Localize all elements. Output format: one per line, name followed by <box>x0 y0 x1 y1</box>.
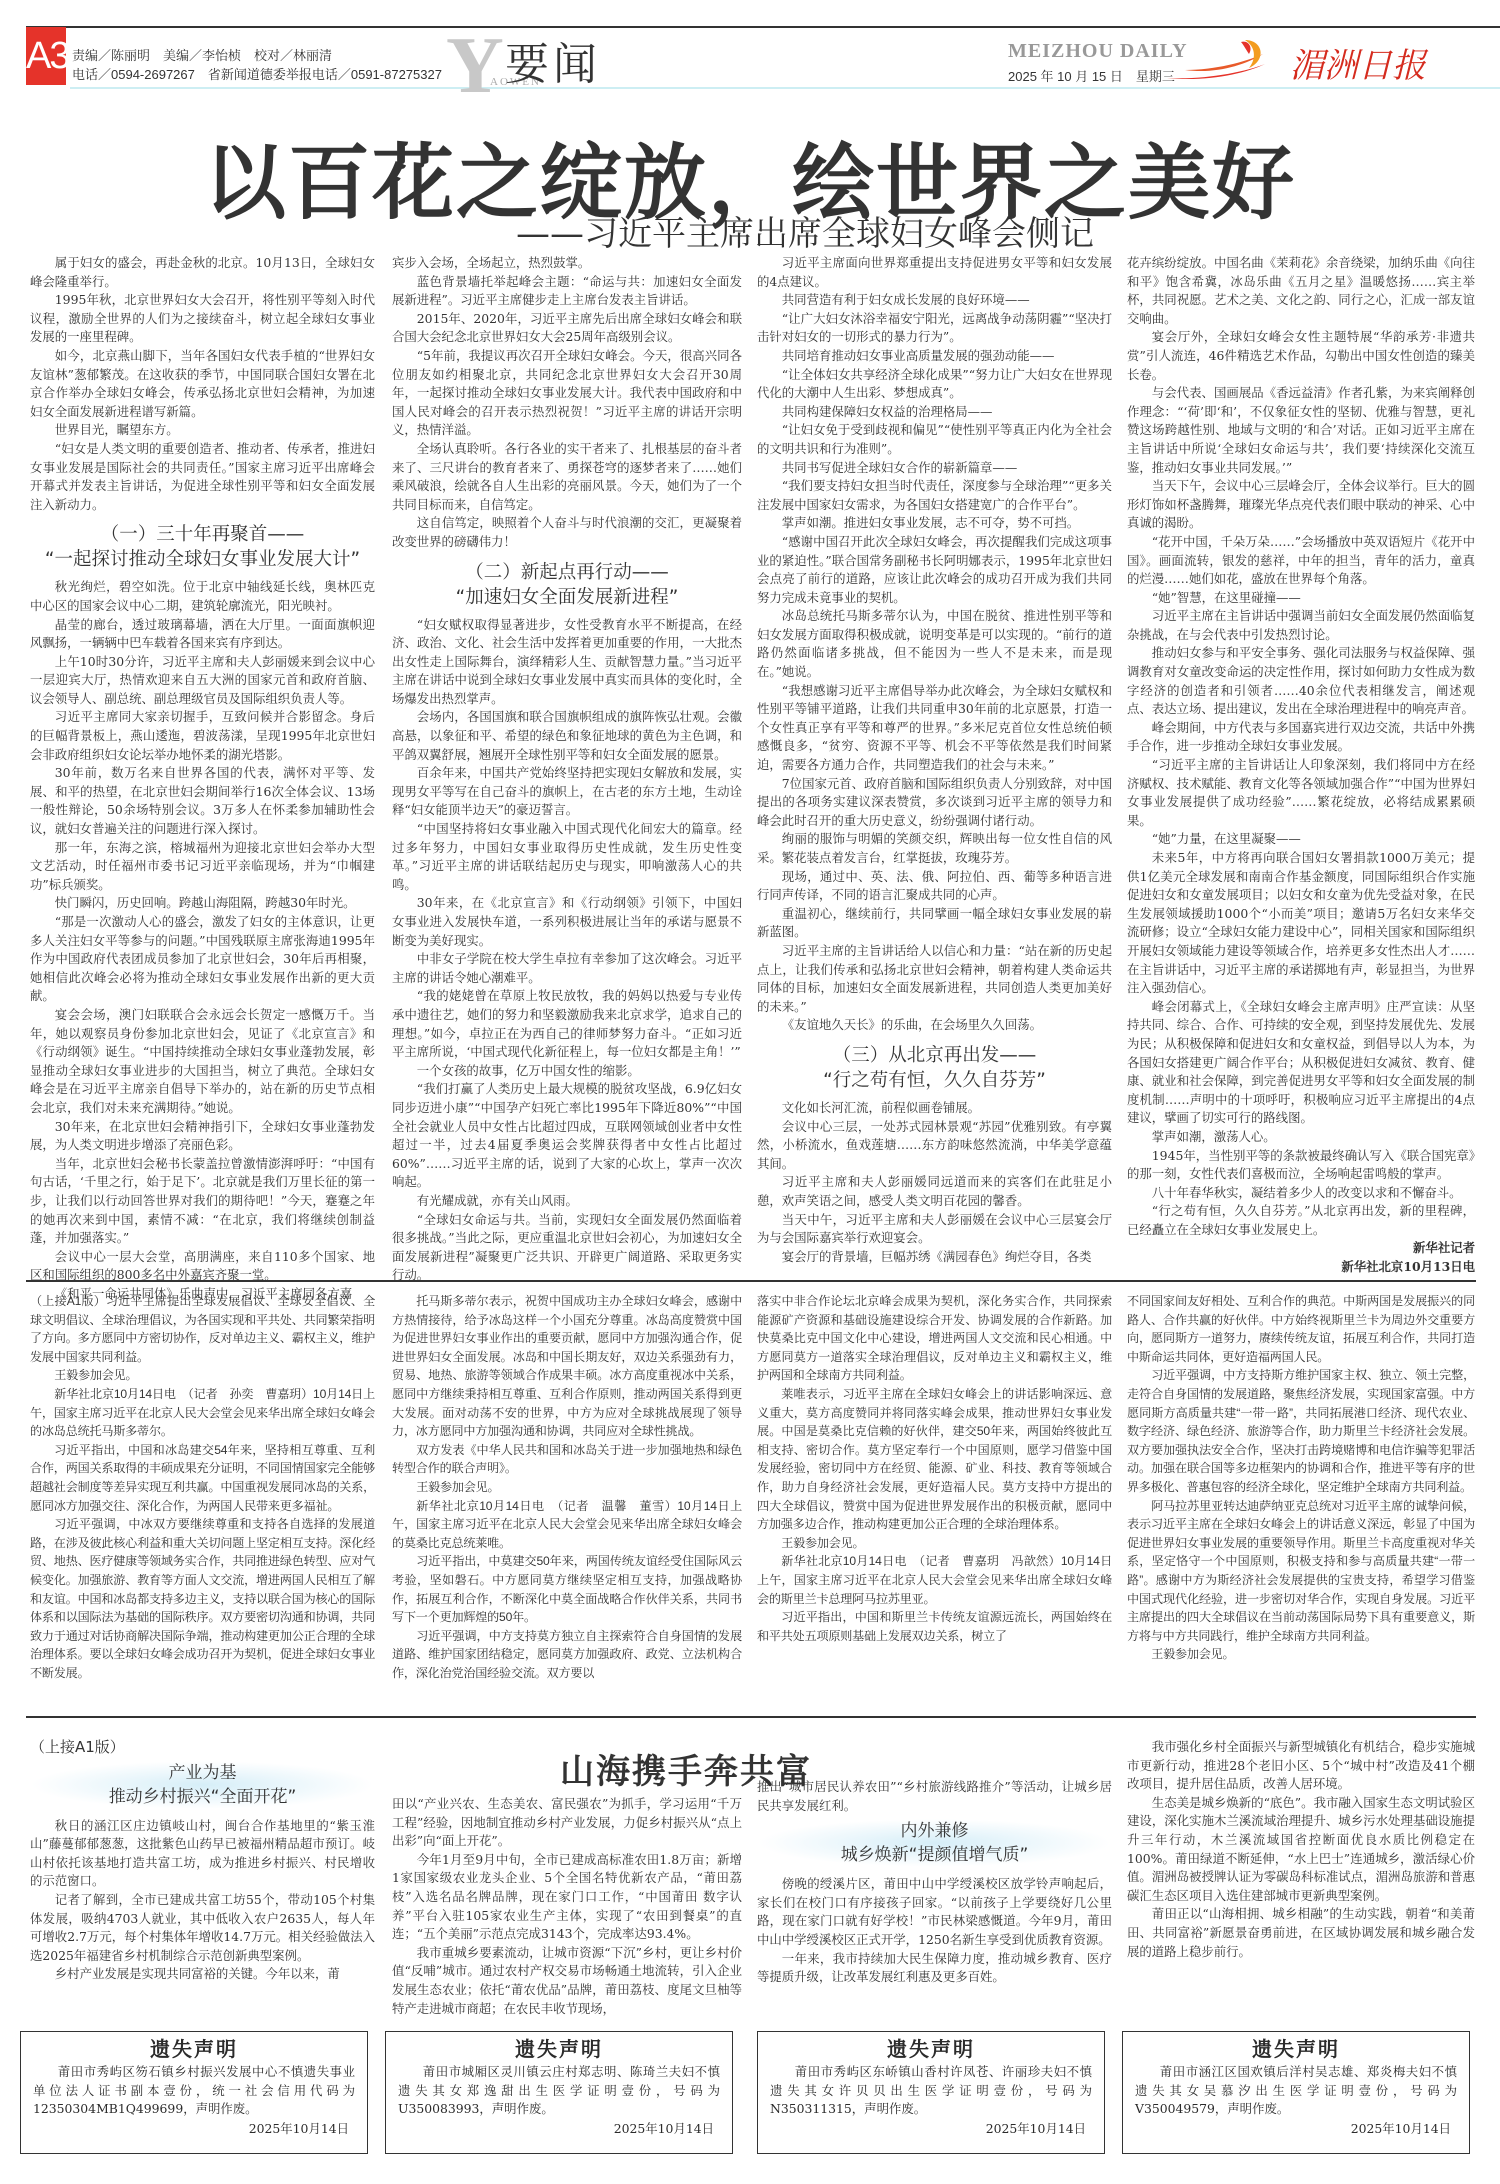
paragraph: 习近平指出，中国和冰岛建交54年来，坚持相互尊重、互利合作，两国关系取得的丰硕成… <box>30 1441 375 1515</box>
feature-column-1: （上接A1版） 产业为基 推动乡村振兴“全面开花” 秋日的涵江区庄边镇岐山村，闽… <box>30 1738 375 1984</box>
editor-credits: 责编／陈丽明 美编／李怡桢 校对／林丽清 电话／0594-2697267 省新闻… <box>72 46 442 84</box>
paragraph: 1945年，当性别平等的条款被最终确认写入《联合国宪章》的那一刻，女性代表们喜极… <box>1127 1147 1475 1184</box>
paragraph: 快门瞬闪，历史回响。跨越山海阻隔，跨越30年时光。 <box>30 894 375 913</box>
feature-column-4: 我市强化乡村全面振兴与新型城镇化有机结合，稳步实施城市更新行动，推进28个老旧小… <box>1127 1738 1475 1961</box>
paragraph: 一年来，我市持续加大民生保障力度，推动城乡教育、医疗等提质升级，让改革发展红利惠… <box>757 1950 1112 1987</box>
paragraph: “妇女是人类文明的重要创造者、推动者、传承者，推进妇女事业发展是国际社会的共同责… <box>30 440 375 514</box>
paragraph: （上接A1版）习近平主席提出全球发展倡议、全球安全倡议、全球文明倡议、全球治理倡… <box>30 1292 375 1366</box>
paragraph: 与会代表、国画展品《香远益清》作者孔紫，为来宾阐释创作理念：“‘荷’即‘和’，不… <box>1127 384 1475 477</box>
paragraph: 宴会厅的背景墙，巨幅苏绣《满园春色》绚烂夺目，各类 <box>757 1248 1112 1267</box>
paragraph: 共同书写促进全球妇女合作的崭新篇章—— <box>757 459 1112 478</box>
notice-body: 莆田市涵江区国欢镇后洋村吴志雄、郑炎梅夫妇不慎遗失其女吴慕汐出生医学证明壹份，号… <box>1135 2063 1457 2119</box>
paragraph: 1995年秋，北京世界妇女大会召开，将性别平等刻入时代议程，激励全世界的人们为之… <box>30 291 375 347</box>
notice-date: 2025年10月14日 <box>770 2119 1092 2138</box>
paragraph: 属于妇女的盛会，再赴金秋的北京。10月13日，全球妇女峰会隆重举行。 <box>30 254 375 291</box>
paragraph: 我市强化乡村全面振兴与新型城镇化有机结合，稳步实施城市更新行动，推进28个老旧小… <box>1127 1738 1475 1794</box>
paragraph: 阿马拉苏里亚转达迪萨纳亚克总统对习近平主席的诚挚问候，表示习近平主席在全球妇女峰… <box>1127 1497 1475 1646</box>
paragraph: 晶莹的廊台，透过玻璃幕墙，洒在大厅里。一面面旗帜迎风飘扬，一辆辆中巴车载着各国来… <box>30 616 375 653</box>
notice-body: 莆田市秀屿区笏石镇乡村振兴发展中心不慎遗失事业单位法人证书副本壹份，统一社会信用… <box>33 2063 355 2119</box>
notice-title: 遗失声明 <box>1135 2035 1457 2063</box>
paragraph: 会场内，各国国旗和联合国旗帜组成的旗阵恢弘壮观。会徽高悬，以象征和平、希望的绿色… <box>392 708 742 764</box>
newspaper-logo-text: 湄洲日报 <box>1290 38 1426 87</box>
paragraph: 共同构建保障妇女权益的治理格局—— <box>757 403 1112 422</box>
paragraph: 习近平指出，中莫建交50年来，两国传统友谊经受住国际风云考验，坚如磐石。中方愿同… <box>392 1552 742 1626</box>
paragraph: 习近平指出，中国和斯里兰卡传统友谊源远流长，两国始终在和平共处五项原则基础上发展… <box>757 1608 1112 1645</box>
continued-column-3: 落实中非合作论坛北京峰会成果为契机，深化务实合作，共同探索能源矿产资源和基础设施… <box>757 1292 1112 1645</box>
paragraph: 如今，北京燕山脚下，当年各国妇女代表手植的“世界妇女友谊林”葱郁繁茂。在这收获的… <box>30 347 375 421</box>
notice-date: 2025年10月14日 <box>398 2119 720 2138</box>
paragraph: 习近平主席的主旨讲话给人以信心和力量：“站在新的历史起点上，让我们传承和弘扬北京… <box>757 942 1112 1016</box>
paragraph: “习近平主席的主旨讲话让人印象深刻，我们将同中方在经济赋权、技术赋能、教育文化等… <box>1127 756 1475 830</box>
paragraph: 那一年，东海之滨，榕城福州为迎接北京世妇会举办大型文艺活动，时任福州市委书记习近… <box>30 839 375 895</box>
paragraph: 八十年春华秋实，凝结着多少人的改变以求和不懈奋斗。 <box>1127 1184 1475 1203</box>
paragraph: 习近平主席同大家亲切握手，互致问候并合影留念。身后的巨幅背景板上，燕山逶迤，碧波… <box>30 708 375 764</box>
notice-title: 遗失声明 <box>33 2035 355 2063</box>
paragraph: 王毅参加会见。 <box>757 1534 1112 1553</box>
paragraph: 共同培育推动妇女事业高质量发展的强劲动能—— <box>757 347 1112 366</box>
paragraph: 重温初心，继续前行，共同擘画一幅全球妇女事业发展的崭新蓝图。 <box>757 905 1112 942</box>
paragraph: 秋日的涵江区庄边镇岐山村，闽台合作基地里的“紫玉淮山”藤蔓郁郁葱葱，这批紫色山药… <box>30 1817 375 1891</box>
paragraph: 生态美是城乡焕新的“底色”。我市融入国家生态文明试验区建设，深化实施木兰溪流域治… <box>1127 1794 1475 1906</box>
paragraph: 习近平强调，中冰双方要继续尊重和支持各自选择的发展道路，在涉及彼此核心利益和重大… <box>30 1515 375 1682</box>
paragraph: 掌声如潮，激荡人心。 <box>1127 1128 1475 1147</box>
paragraph: 莆田正以“山海相拥、城乡相融”的生动实践，朝着“和美莆田、共同富裕”新愿景奋勇前… <box>1127 1905 1475 1961</box>
section-divider <box>26 1716 1476 1718</box>
paragraph: 现场，通过中、英、法、俄、阿拉伯、西、葡等多种语言进行同声传译，不同的语言汇聚成… <box>757 868 1112 905</box>
byline-dateline: 新华社北京10月13日电 <box>1127 1258 1475 1277</box>
subheading-line: 城乡焕新“提颜值增气质” <box>757 1843 1112 1867</box>
paragraph: 7位国家元首、政府首脑和国际组织负责人分别致辞，对中国提出的各项务实建议深表赞赏… <box>757 775 1112 831</box>
paragraph: 宾步入会场，全场起立，热烈鼓掌。 <box>392 254 742 273</box>
paragraph: 托马斯多蒂尔表示，祝贺中国成功主办全球妇女峰会，感谢中方热情接待，给予冰岛这样一… <box>392 1292 742 1441</box>
paragraph: 双方发表《中华人民共和国和冰岛关于进一步加强地热和绿色转型合作的联合声明》。 <box>392 1441 742 1478</box>
paragraph: 习近平主席面向世界郑重提出支持促进男女平等和妇女发展的4点建议。 <box>757 254 1112 291</box>
paragraph: 乡村产业发展是实现共同富裕的关键。今年以来，莆 <box>30 1965 375 1984</box>
subheading-line: 内外兼修 <box>757 1819 1112 1843</box>
paragraph: 《友谊地久天长》的乐曲，在会场里久久回荡。 <box>757 1016 1112 1035</box>
section-heading-line: （一）三十年再聚首—— <box>30 522 375 547</box>
paragraph: 田以“产业兴农、生态美农、富民强农”为抓手，学习运用“千万工程”经验，因地制宜推… <box>392 1795 742 1851</box>
paragraph: 当年，北京世妇会秘书长蒙盖拉曾激情澎湃呼吁：“中国有句古话，‘千里之行，始于足下… <box>30 1155 375 1248</box>
paragraph: 共同营造有利于妇女成长发展的良好环境—— <box>757 291 1112 310</box>
credits-line-editors: 责编／陈丽明 美编／李怡桢 校对／林丽清 <box>72 46 442 65</box>
lost-notice: 遗失声明 莆田市涵江区国欢镇后洋村吴志雄、郑炎梅夫妇不慎遗失其女吴慕汐出生医学证… <box>1122 2031 1470 2154</box>
paragraph: “我们打赢了人类历史上最大规模的脱贫攻坚战，6.9亿妇女同步迈进小康”“中国孕产… <box>392 1080 742 1192</box>
continued-column-4: 不同国家间友好相处、互利合作的典范。中斯两国是发展振兴的同路人、合作共赢的好伙伴… <box>1127 1292 1475 1664</box>
lead-subheadline: ——习近平主席出席全球妇女峰会侧记 <box>0 206 1500 255</box>
paragraph: 新华社北京10月14日电 （记者 温馨 董雪）10月14日上午，国家主席习近平在… <box>392 1497 742 1553</box>
paragraph: 30年来，在《北京宣言》和《行动纲领》引领下，中国妇女事业进入发展快车道，一系列… <box>392 894 742 950</box>
paragraph: 2015年、2020年，习近平主席先后出席全球妇女峰会和联合国大会纪念北京世界妇… <box>392 310 742 347</box>
paragraph: “全球妇女命运与共。当前，实现妇女全面发展仍然面临着很多挑战。”当此之际，更应重… <box>392 1211 742 1285</box>
section-heading-line: （二）新起点再行动—— <box>392 560 742 585</box>
paragraph: 宴会厅外，全球妇女峰会女性主题特展“华韵承芳·非遗共赏”引人流连，46件精选艺术… <box>1127 328 1475 384</box>
section-heading-line: “一起探讨推动全球妇女事业发展大计” <box>30 547 375 572</box>
credits-line-phones: 电话／0594-2697267 省新闻道德委举报电话／0591-87275327 <box>72 65 442 84</box>
paragraph: 习近平强调，中方支持斯方维护国家主权、独立、领土完整，走符合自身国情的发展道路，… <box>1127 1366 1475 1496</box>
paragraph: 秋光绚烂，碧空如洗。位于北京中轴线延长线，奥林匹克中心区的国家会议中心二期，建筑… <box>30 578 375 615</box>
byline-reporter: 新华社记者 <box>1127 1239 1475 1258</box>
notice-body: 莆田市城厢区灵川镇云庄村郑志明、陈琦兰夫妇不慎遗失其女郑逸甜出生医学证明壹份，号… <box>398 2063 720 2119</box>
paragraph: 推动妇女参与和平安全事务、强化司法服务与权益保障、强调教育对女童改变命运的决定性… <box>1127 644 1475 718</box>
paragraph: 这自信笃定，映照着个人奋斗与时代浪潮的交汇，更凝聚着改变世界的磅礴伟力！ <box>392 514 742 551</box>
section-initial-letter: Y <box>446 26 504 106</box>
paragraph: 一个女孩的故事，亿万中国女性的缩影。 <box>392 1062 742 1081</box>
continued-column-1: （上接A1版）习近平主席提出全球发展倡议、全球安全倡议、全球文明倡议、全球治理倡… <box>30 1292 375 1682</box>
section-title: 要闻 <box>505 28 601 92</box>
paragraph: 宴会会场，澳门妇联联合会永远会长贺定一感慨万千。当年，她以观察员身份参加北京世妇… <box>30 1006 375 1118</box>
lead-column-4: 花卉缤纷绽放。中国名曲《茉莉花》余音绕梁，加纳乐曲《向往和平》饱含希冀，冰岛乐曲… <box>1127 254 1475 1277</box>
lost-notice: 遗失声明 莆田市秀屿区笏石镇乡村振兴发展中心不慎遗失事业单位法人证书副本壹份，统… <box>20 2031 368 2154</box>
paragraph: “她”智慧，在这里碰撞—— <box>1127 589 1475 608</box>
continued-from-label: （上接A1版） <box>30 1738 375 1757</box>
notice-date: 2025年10月14日 <box>1135 2119 1457 2138</box>
paragraph: “花开中国，千朵万朵……”会场播放中英双语短片《花开中国》。画面流转，银发的慈祥… <box>1127 533 1475 589</box>
feature-subheading-2: 内外兼修 城乡焕新“提颜值增气质” <box>757 1819 1112 1867</box>
paragraph: 傍晚的绶溪片区，莆田中山中学绶溪校区放学铃声响起后，家长们在校门口有序接孩子回家… <box>757 1875 1112 1949</box>
paragraph: 我市重城乡要素流动，让城市资源“下沉”乡村，更让乡村价值“反哺”城市。通过农村产… <box>392 1944 742 2018</box>
paragraph: 峰会期间，中方代表与多国嘉宾进行双边交流，共话中外携手合作，进一步推动全球妇女事… <box>1127 719 1475 756</box>
paragraph: 百余年来，中国共产党始终坚持把实现妇女解放和发展，实现男女平等写在自己奋斗的旗帜… <box>392 764 742 820</box>
lost-notice: 遗失声明 莆田市秀屿区东峤镇山香村许凤苍、许丽珍夫妇不慎遗失其女许贝贝出生医学证… <box>757 2031 1105 2154</box>
section-heading-line: “加速妇女全面发展新进程” <box>392 585 742 610</box>
paragraph: “感谢中国召开此次全球妇女峰会，再次提醒我们完成这项事业的紧迫性。”联合国常务副… <box>757 533 1112 607</box>
paragraph: “我的姥姥曾在草原上牧民放牧，我的妈妈以热爱与专业传承中遗往艺，她们的努力和坚毅… <box>392 987 742 1061</box>
notice-title: 遗失声明 <box>770 2035 1092 2063</box>
paragraph: 世界目光，瞩望东方。 <box>30 421 375 440</box>
header-bottom-rule <box>70 87 1500 89</box>
paragraph: 落实中非合作论坛北京峰会成果为契机，深化务实合作，共同探索能源矿产资源和基础设施… <box>757 1292 1112 1385</box>
continued-column-2: 托马斯多蒂尔表示，祝贺中国成功主办全球妇女峰会，感谢中方热情接待，给予冰岛这样一… <box>392 1292 742 1682</box>
paragraph: “我想感谢习近平主席倡导举办此次峰会，为全球妇女赋权和性别平等铺平道路，让我们共… <box>757 682 1112 775</box>
paragraph: 习近平主席在主旨讲话中强调当前妇女全面发展仍然面临复杂挑战，在与会代表中引发热烈… <box>1127 607 1475 644</box>
paragraph: 记者了解到，全市已建成共富工坊55个，带动105个村集体发展，吸纳4703人就业… <box>30 1891 375 1965</box>
notice-date: 2025年10月14日 <box>33 2119 355 2138</box>
lead-column-2: 宾步入会场，全场起立，热烈鼓掌。 蓝色背景墙托举起峰会主题：“命运与共：加速妇女… <box>392 254 742 1285</box>
paragraph: 30年来，在北京世妇会精神指引下，全球妇女事业蓬勃发展，为人类文明进步增添了亮丽… <box>30 1118 375 1155</box>
paragraph: 会议中心三层，一处苏式园林景观“苏园”优雅别致。有亭翼然，小桥流水，鱼戏莲塘……… <box>757 1118 1112 1174</box>
paragraph: 不同国家间友好相处、互利合作的典范。中斯两国是发展振兴的同路人、合作共赢的好伙伴… <box>1127 1292 1475 1366</box>
paragraph: 全场认真聆听。各行各业的实干者来了、扎根基层的奋斗者来了、三尺讲台的教育者来了、… <box>392 440 742 514</box>
section-divider <box>26 1280 1476 1282</box>
section-heading-line: “行之苟有恒，久久自芬芳” <box>757 1068 1112 1093</box>
paragraph: 文化如长河汇流，前程似画卷铺展。 <box>757 1099 1112 1118</box>
subheading-line: 推动乡村振兴“全面开花” <box>30 1785 375 1809</box>
paragraph: 掌声如潮。推进妇女事业发展，志不可夺，势不可挡。 <box>757 514 1112 533</box>
section-heading-3: （三）从北京再出发—— “行之苟有恒，久久自芬芳” <box>757 1043 1112 1093</box>
section-heading-2: （二）新起点再行动—— “加速妇女全面发展新进程” <box>392 560 742 610</box>
paragraph: 今年1月至9月中旬，全市已建成高标准农田1.8万亩；新增1家国家级农业龙头企业、… <box>392 1851 742 1944</box>
paragraph: 中非女子学院在校大学生卓拉有幸参加了这次峰会。习近平主席的讲话令她心潮难平。 <box>392 950 742 987</box>
section-heading-1: （一）三十年再聚首—— “一起探讨推动全球妇女事业发展大计” <box>30 522 375 572</box>
paragraph: 新华社北京10月14日电 （记者 曹嘉玥 冯歆然）10月14日上午，国家主席习近… <box>757 1552 1112 1608</box>
paragraph: 当天中午，习近平主席和夫人彭丽媛在会议中心三层宴会厅为与会国际嘉宾举行欢迎宴会。 <box>757 1211 1112 1248</box>
paragraph: 上午10时30分许，习近平主席和夫人彭丽媛来到会议中心一层迎宾大厅，热情欢迎来自… <box>30 653 375 709</box>
section-heading-line: （三）从北京再出发—— <box>757 1043 1112 1068</box>
paragraph: “她”力量，在这里凝聚—— <box>1127 830 1475 849</box>
feature-column-2: 田以“产业兴农、生态美农、富民强农”为抓手，学习运用“千万工程”经验，因地制宜推… <box>392 1795 742 2018</box>
paragraph: 王毅参加会见。 <box>392 1478 742 1497</box>
paragraph: 当天下午，会议中心三层峰会厅，全体会议举行。巨大的圆形灯饰如杯盏腾舞，璀璨光华点… <box>1127 477 1475 533</box>
subheading-line: 产业为基 <box>30 1761 375 1785</box>
feature-column-3: 推出“城市居民认养农田”“乡村旅游线路推介”等活动，让城乡居民共享发展红利。 内… <box>757 1778 1112 1987</box>
paragraph: 王毅参加会见。 <box>1127 1645 1475 1664</box>
paragraph: “中国坚持将妇女事业融入中国式现代化间宏大的篇章。经过多年努力，中国妇女事业取得… <box>392 820 742 894</box>
paragraph: 未来5年，中方将再向联合国妇女署捐款1000万美元；提供1亿美元全球发展和南南合… <box>1127 849 1475 998</box>
paragraph: 绚丽的服饰与明媚的笑颜交织，辉映出每一位女性自信的风采。繁花装点着发言台，红掌挺… <box>757 830 1112 867</box>
paragraph: 习近平强调，中方支持莫方独立自主探索符合自身国情的发展道路、维护国家团结稳定，愿… <box>392 1627 742 1683</box>
paragraph: “让妇女免于受到歧视和偏见”“使性别平等真正内化为全社会的文明共识和行为准则”。 <box>757 421 1112 458</box>
paragraph: “妇女赋权取得显著进步，女性受教育水平不断提高，在经济、政治、文化、社会生活中发… <box>392 616 742 709</box>
paragraph: 峰会闭幕式上，《全球妇女峰会主席声明》庄严宣读：从坚持共同、综合、合作、可持续的… <box>1127 998 1475 1128</box>
paragraph: “让广大妇女沐浴幸福安宁阳光，远离战争动荡阴霾”“坚决打击针对妇女的一切形式的暴… <box>757 310 1112 347</box>
lead-column-1: 属于妇女的盛会，再赴金秋的北京。10月13日，全球妇女峰会隆重举行。 1995年… <box>30 254 375 1303</box>
paragraph: 习近平主席和夫人彭丽媛同远道而来的宾客们在此驻足小憩，欢声笑语之间，感受人类文明… <box>757 1173 1112 1210</box>
notice-body: 莆田市秀屿区东峤镇山香村许凤苍、许丽珍夫妇不慎遗失其女许贝贝出生医学证明壹份，号… <box>770 2063 1092 2119</box>
paragraph: 有光耀成就，亦有关山风雨。 <box>392 1192 742 1211</box>
lead-column-3: 习近平主席面向世界郑重提出支持促进男女平等和妇女发展的4点建议。 共同营造有利于… <box>757 254 1112 1266</box>
paragraph: “那是一次激动人心的盛会，激发了妇女的主体意识，让更多人关注妇女平等参与的问题。… <box>30 913 375 1006</box>
paragraph: 花卉缤纷绽放。中国名曲《茉莉花》余音绕梁，加纳乐曲《向往和平》饱含希冀，冰岛乐曲… <box>1127 254 1475 328</box>
notice-title: 遗失声明 <box>398 2035 720 2063</box>
feature-subheading-1: 产业为基 推动乡村振兴“全面开花” <box>30 1761 375 1809</box>
paragraph: “5年前，我提议再次召开全球妇女峰会。今天，很高兴同各位朋友如约相聚北京，共同纪… <box>392 347 742 440</box>
page-number-badge: A3 <box>26 27 66 85</box>
paragraph: “我们要支持妇女担当时代责任，深度参与全球治理”“更多关注发展中国家妇女需求，为… <box>757 477 1112 514</box>
paragraph: 莱唯表示，习近平主席在全球妇女峰会上的讲话影响深远、意义重大，莫方高度赞同并将同… <box>757 1385 1112 1534</box>
paragraph: “行之苟有恒，久久自芬芳。”从北京再出发，新的里程碑，已经矗立在全球妇女事业发展… <box>1127 1202 1475 1239</box>
paragraph: 新华社北京10月14日电 （记者 孙奕 曹嘉玥）10月14日上午，国家主席习近平… <box>30 1385 375 1441</box>
paragraph: 30年前，数万名来自世界各国的代表，满怀对平等、发展、和平的热望，在北京世妇会期… <box>30 764 375 838</box>
paragraph: “让全体妇女共享经济全球化成果”“努力让广大妇女在世界现代化的大潮中人生出彩、梦… <box>757 366 1112 403</box>
header-top-rule <box>26 26 1500 28</box>
lost-notice: 遗失声明 莆田市城厢区灵川镇云庄村郑志明、陈琦兰夫妇不慎遗失其女郑逸甜出生医学证… <box>385 2031 733 2154</box>
paragraph: 冰岛总统托马斯多蒂尔认为，中国在脱贫、推进性别平等和妇女发展方面取得积极成就，说… <box>757 607 1112 681</box>
paragraph: 蓝色背景墙托举起峰会主题：“命运与共：加速妇女全面发展新进程”。习近平主席健步走… <box>392 273 742 310</box>
paragraph: 推出“城市居民认养农田”“乡村旅游线路推介”等活动，让城乡居民共享发展红利。 <box>757 1778 1112 1815</box>
paragraph: 王毅参加会见。 <box>30 1366 375 1385</box>
